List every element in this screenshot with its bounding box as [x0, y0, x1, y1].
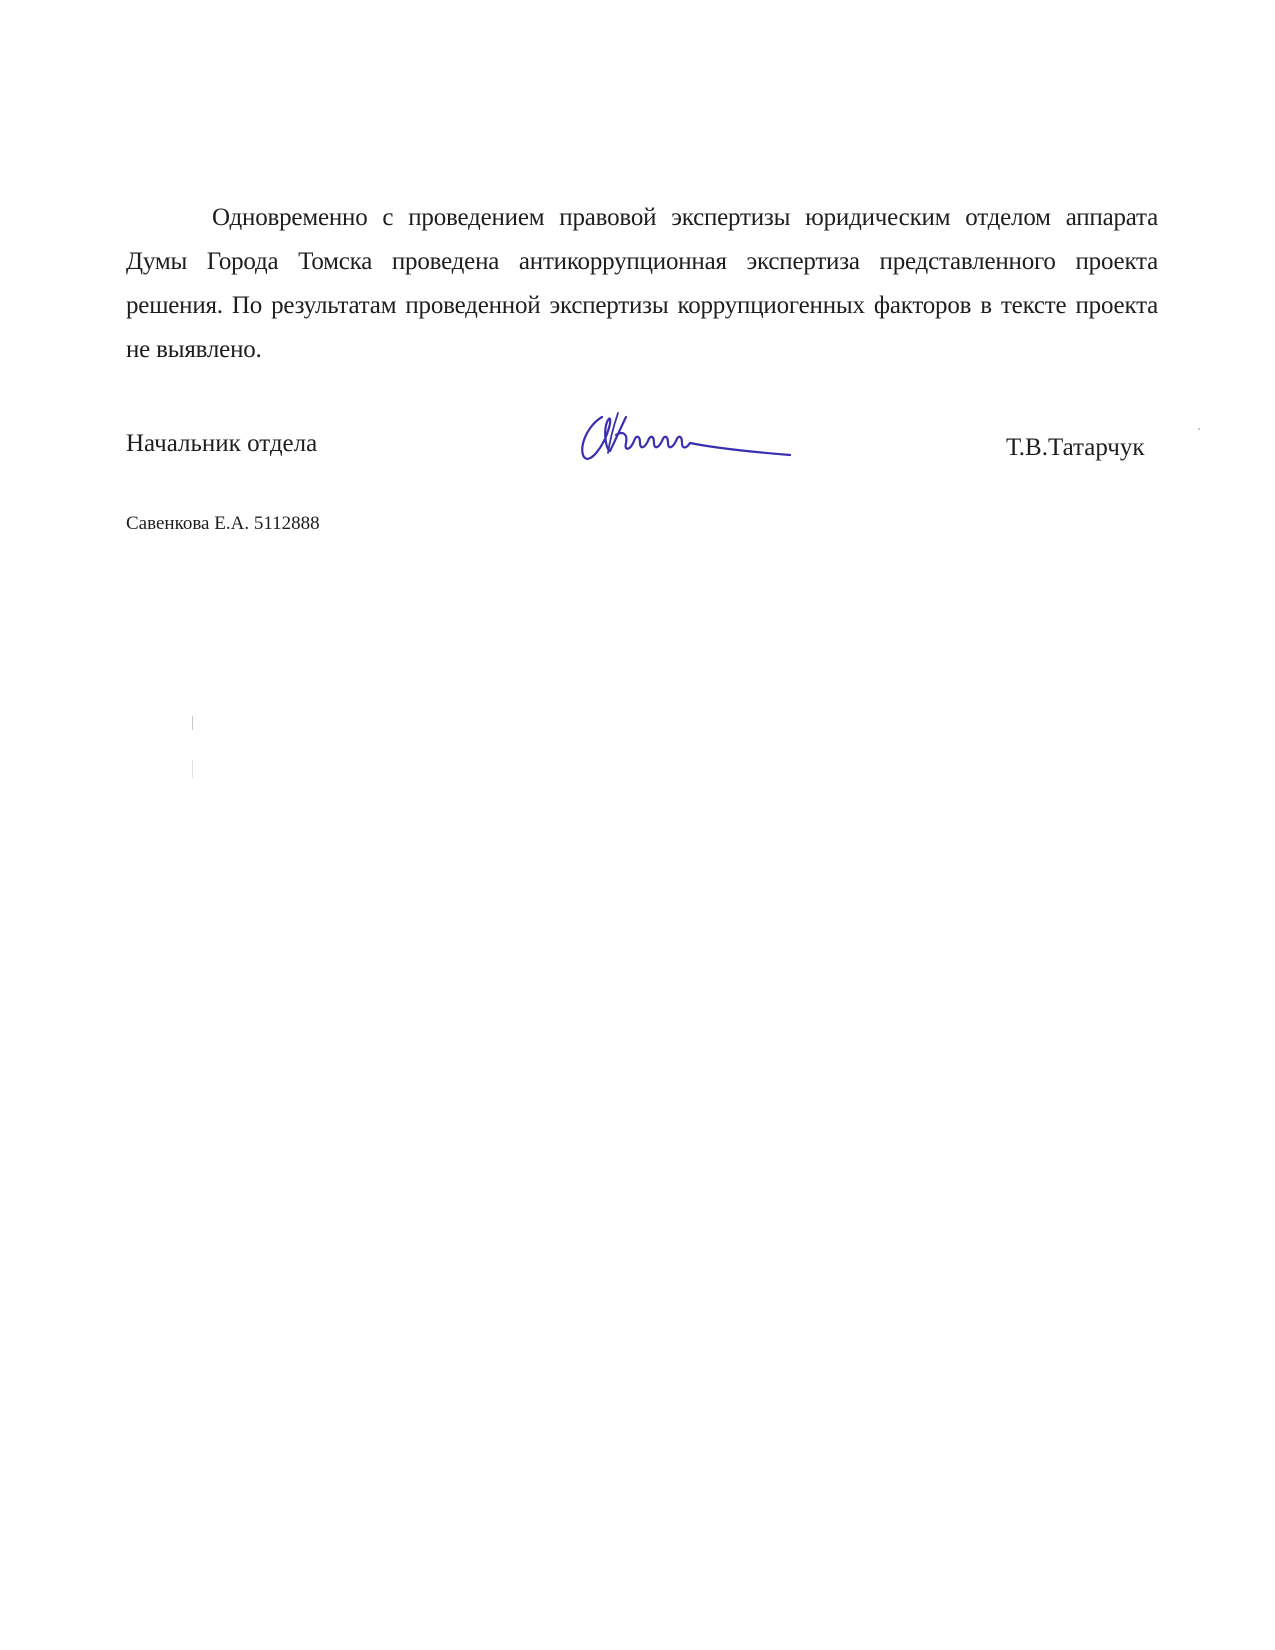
handwritten-signature-icon: [570, 395, 800, 475]
executor-contact: Савенкова Е.А. 5112888: [126, 513, 320, 535]
document-page: Одновременно с проведением правовой эксп…: [0, 0, 1275, 1650]
body-paragraph: Одновременно с проведением правовой эксп…: [126, 196, 1158, 372]
scan-artifact: [192, 716, 193, 730]
scan-artifact: [192, 760, 193, 778]
scan-artifact: [1198, 428, 1200, 430]
signer-name: Т.В.Татарчук: [1006, 434, 1144, 462]
position-title: Начальник отдела: [126, 430, 317, 458]
